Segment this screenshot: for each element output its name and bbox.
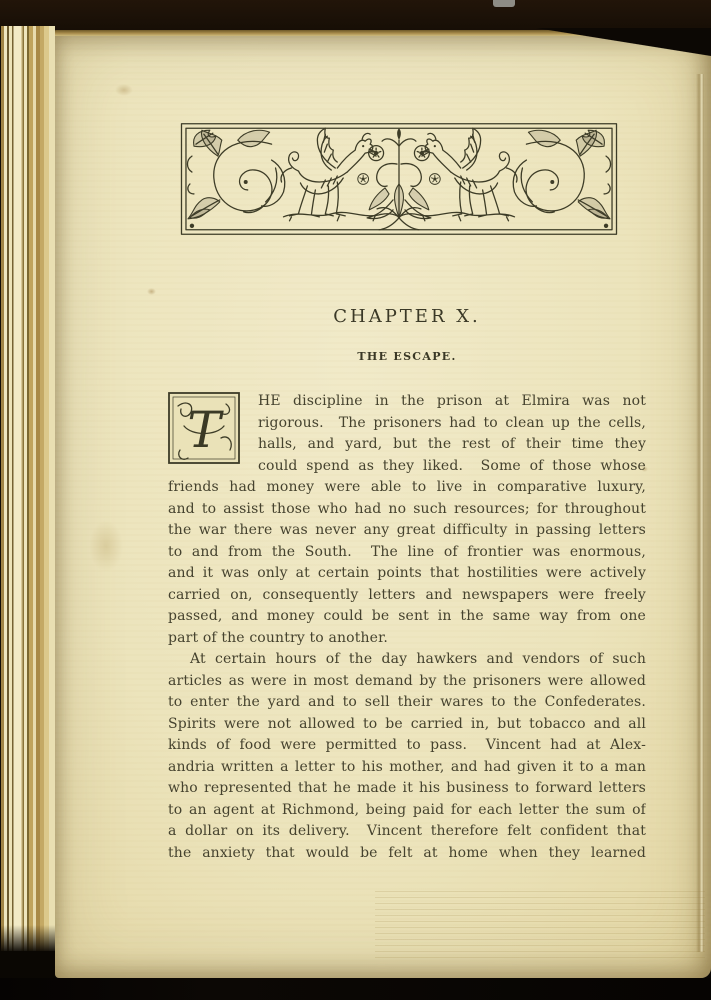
paper-stain: [147, 288, 156, 295]
text-line: rigorous. The prisoners had to clean up …: [258, 413, 646, 435]
book-photo: CHAPTER X. THE ESCAPE. T HE discipline i…: [0, 0, 711, 1000]
paper-stain: [115, 84, 133, 96]
text-line: HE discipline in the prison at Elmira wa…: [258, 391, 646, 413]
text-line: to enter the yard and to sell their ware…: [168, 692, 646, 714]
paragraph-2: At certain hours of the day hawkers and …: [168, 649, 646, 864]
page-corner-shadow: [536, 28, 711, 56]
text-line: the war there was never any great diffic…: [168, 520, 646, 542]
drop-cap-letter: T: [187, 401, 224, 459]
page-edge-lines: [375, 886, 705, 962]
text-line: Spirits were not allowed to be carried i…: [168, 714, 646, 736]
drop-cap-initial: T: [168, 392, 240, 464]
text-line: halls, and yard, but the rest of their t…: [258, 434, 646, 456]
text-line: who represented that he made it his busi…: [168, 778, 646, 800]
text-line: and it was only at certain points that h…: [168, 563, 646, 585]
stacked-page-edges: [0, 26, 55, 951]
text-line: andria written a letter to his mother, a…: [168, 757, 646, 779]
paper-stain: [89, 520, 123, 572]
chapter-heading: CHAPTER X.: [168, 306, 646, 327]
headpiece-ornament: [180, 122, 618, 236]
text-line: could spend as they liked. Some of those…: [258, 456, 646, 478]
text-line: to an agent at Richmond, being paid for …: [168, 800, 646, 822]
text-line: to and from the South. The line of front…: [168, 542, 646, 564]
text-line: part of the country to another.: [168, 628, 646, 650]
text-line: carried on, consequently letters and new…: [168, 585, 646, 607]
text-line: the anxiety that would be felt at home w…: [168, 843, 646, 865]
backdrop-bottom: [0, 978, 711, 1000]
text-line: articles as were in most demand by the p…: [168, 671, 646, 693]
griffin-acanthus-engraving-icon: [180, 122, 618, 236]
ornate-initial-icon: T: [168, 392, 240, 464]
text-line: and to assist those who had no such reso…: [168, 499, 646, 521]
section-heading: THE ESCAPE.: [168, 350, 646, 363]
body-text: T HE discipline in the prison at Elmira …: [168, 391, 646, 864]
text-line: kinds of food were permitted to pass. Vi…: [168, 735, 646, 757]
text-line: passed, and money could be sent in the s…: [168, 606, 646, 628]
text-line: friends had money were able to live in c…: [168, 477, 646, 499]
text-line: At certain hours of the day hawkers and …: [168, 649, 646, 671]
text-line: a dollar on its delivery. Vincent theref…: [168, 821, 646, 843]
page-crease: [696, 74, 704, 952]
binding-artifact: [493, 0, 515, 7]
